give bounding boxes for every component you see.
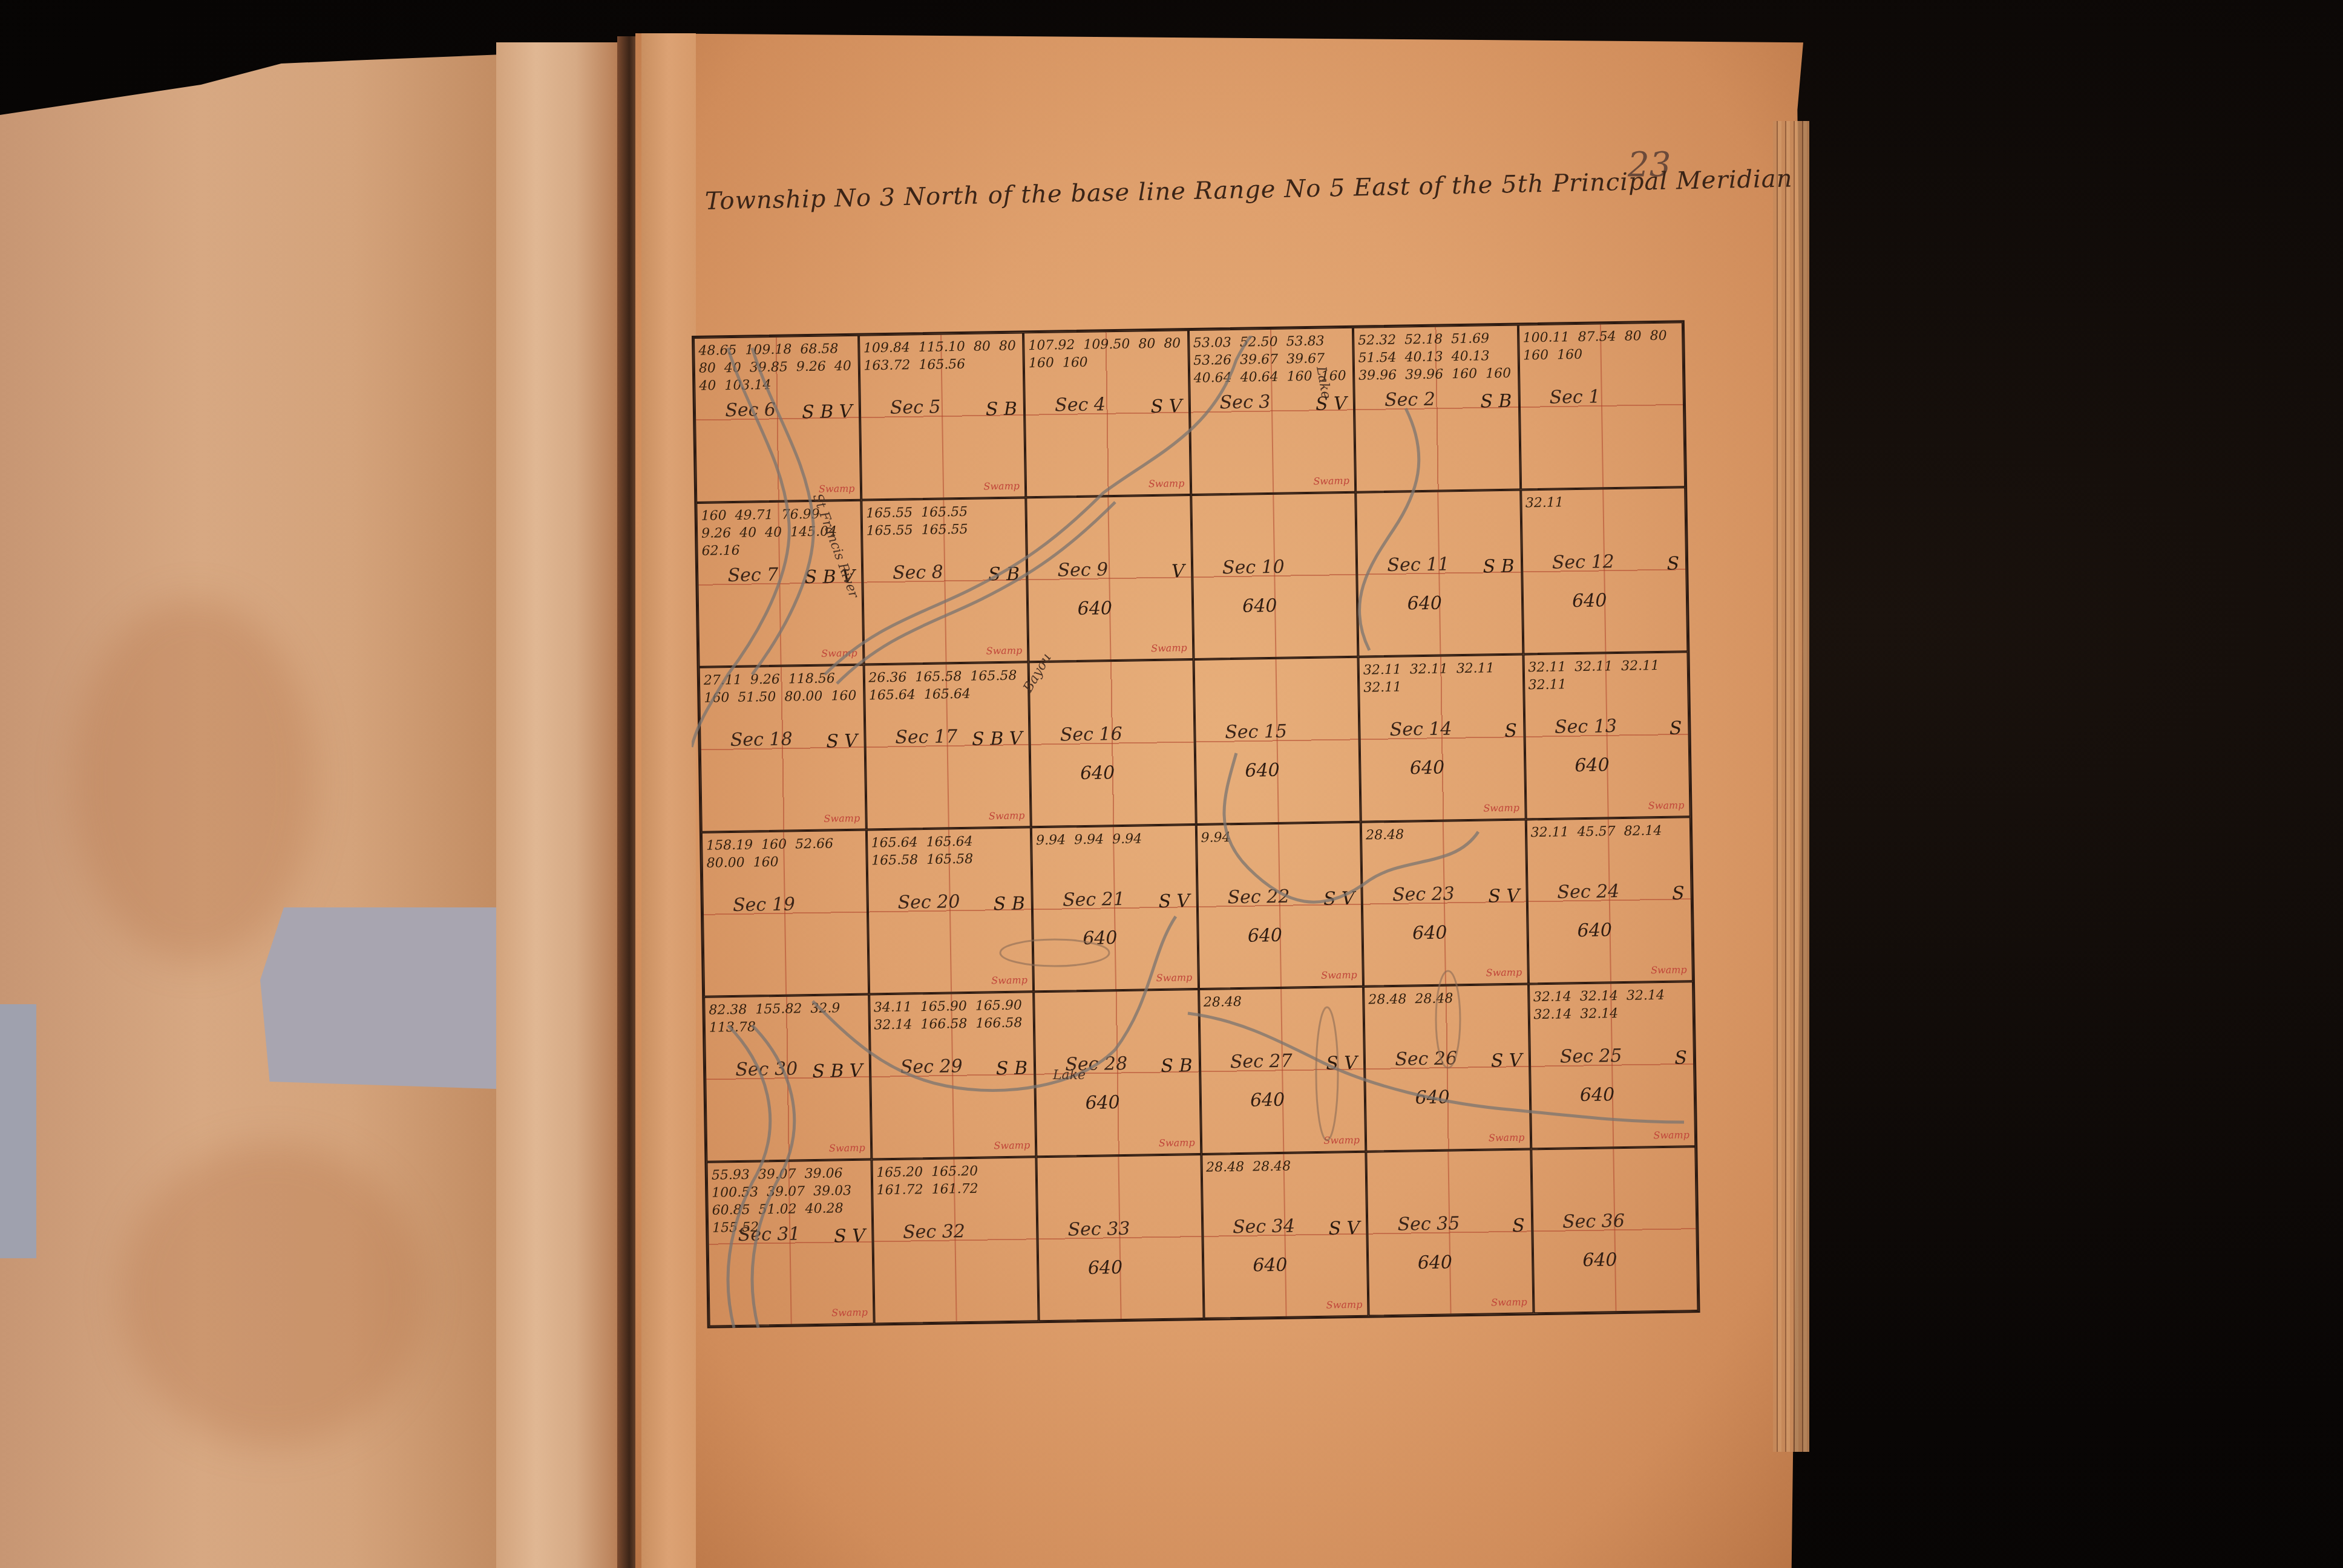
- lot-acreage: 28.48: [1368, 992, 1406, 1008]
- lot-acreage: 103.14: [724, 377, 771, 393]
- swamp-label: Swamp: [1651, 964, 1687, 976]
- section-label: Sec 6: [725, 399, 776, 421]
- lot-acreage: 160: [701, 508, 726, 524]
- lot-acreage: 53.03: [1193, 335, 1231, 351]
- lot-acreage: 165.20: [876, 1165, 923, 1180]
- lot-acreage: 80: [1650, 328, 1666, 344]
- section-label: Sec 5: [890, 397, 940, 419]
- lake-label: Lake: [1053, 1068, 1086, 1083]
- lot-acreages: 165.20165.20161.72161.72: [876, 1163, 1032, 1198]
- lot-acreages: 100.1187.548080160160: [1523, 328, 1679, 363]
- swamp-label: Swamp: [1156, 972, 1193, 984]
- section-31: 55.9339.0739.06100.5339.0739.0360.8551.0…: [706, 1159, 874, 1327]
- section-30: 82.38155.8232.9113.78Sec 30S B VSwamp: [704, 995, 871, 1162]
- lot-acreage: 9.94: [1036, 832, 1066, 848]
- section-label: Sec 23: [1392, 883, 1455, 906]
- swamp-label: Swamp: [824, 812, 860, 824]
- lot-acreages: 48.65109.1868.58804039.859.264040103.14: [698, 341, 854, 394]
- lot-acreage: 80: [974, 339, 991, 354]
- section-label: Sec 22: [1227, 886, 1289, 908]
- lot-acreages: [1034, 665, 1188, 668]
- section-label: Sec 26: [1395, 1048, 1457, 1070]
- section-label: Sec 2: [1384, 389, 1435, 411]
- lot-acreage: 109.18: [745, 342, 791, 358]
- section-area: 640: [1085, 1093, 1120, 1114]
- section-area: 640: [1410, 757, 1445, 779]
- lot-acreages: 165.64165.64165.58165.58: [871, 833, 1027, 868]
- lot-acreage: 163.72: [863, 358, 910, 373]
- lot-acreage: 62.16: [701, 543, 739, 558]
- section-5: 109.84115.108080163.72165.56Sec 5S BSwam…: [859, 332, 1026, 500]
- swamp-label: Swamp: [986, 644, 1022, 656]
- section-area: 640: [1083, 927, 1118, 949]
- lot-acreage: 32.14: [1533, 989, 1571, 1005]
- section-area: 640: [1575, 755, 1610, 777]
- lot-acreage: 165.20: [931, 1163, 978, 1179]
- section-label: Sec 21: [1063, 888, 1125, 910]
- survey-marks: S B: [988, 563, 1020, 585]
- section-14: 32.1132.1132.1132.11Sec 14640SSwamp: [1358, 654, 1525, 822]
- swamp-label: Swamp: [994, 1139, 1030, 1151]
- section-label: Sec 1: [1549, 386, 1600, 408]
- lot-acreage: 39.07: [758, 1166, 796, 1182]
- lot-acreage: 165.90: [975, 998, 1022, 1014]
- lot-acreage: 87.54: [1578, 329, 1616, 345]
- lot-acreage: 34.11: [874, 999, 912, 1015]
- lot-acreages: 32.1132.1132.1132.11: [1528, 658, 1683, 693]
- section-area: 640: [1242, 595, 1277, 617]
- lot-acreage: 52.32: [1358, 333, 1396, 348]
- lot-acreage: 9.26: [750, 672, 780, 688]
- binding-strip: [641, 33, 696, 1568]
- lot-acreage: 161.72: [877, 1182, 923, 1198]
- section-label: Sec 12: [1552, 551, 1614, 573]
- section-4: 107.92109.508080160160Sec 4S VSwamp: [1023, 330, 1191, 497]
- section-11: Sec 11640S B: [1355, 489, 1523, 657]
- lot-acreage: 160: [831, 688, 856, 704]
- section-24: 32.1145.5782.14Sec 24640SSwamp: [1525, 817, 1693, 984]
- lot-acreage: 118.56: [788, 671, 835, 687]
- lot-acreage: 39.96: [1405, 367, 1443, 382]
- swamp-label: Swamp: [821, 647, 857, 659]
- lot-acreage: 160: [753, 854, 778, 870]
- section-21: 9.949.949.94Sec 21640S VSwamp: [1031, 825, 1199, 992]
- lot-acreage: 100.11: [1523, 330, 1570, 345]
- lot-acreage: 160: [1286, 369, 1312, 385]
- swamp-label: Swamp: [989, 809, 1025, 822]
- lot-acreage: 160: [1523, 348, 1548, 364]
- lot-acreage: 165.58: [915, 669, 962, 685]
- lot-acreage: 82.38: [709, 1002, 747, 1018]
- survey-marks: S B V: [972, 728, 1023, 750]
- township-grid: 48.65109.1868.58804039.859.264040103.14S…: [692, 320, 1700, 1328]
- section-label: Sec 9: [1057, 559, 1108, 581]
- lot-acreage: 45.57: [1577, 824, 1615, 840]
- lot-acreage: 9.94: [1112, 831, 1142, 847]
- swamp-label: Swamp: [1149, 477, 1185, 489]
- lot-acreage: 40: [699, 378, 716, 393]
- section-area: 640: [1250, 1089, 1285, 1111]
- section-36: Sec 36640: [1531, 1146, 1699, 1314]
- lot-acreages: [1371, 1155, 1525, 1157]
- section-area: 640: [1577, 920, 1612, 941]
- lot-acreage: 32.14: [1533, 1007, 1571, 1022]
- section-19: 158.1916052.6680.00160Sec 19: [701, 829, 869, 997]
- survey-marks: S V: [1326, 1053, 1357, 1074]
- section-area: 640: [1580, 1085, 1615, 1106]
- lot-acreage: 51.50: [738, 690, 776, 705]
- section-label: Sec 7: [727, 564, 778, 586]
- lot-acreage: 28.48: [1206, 1159, 1244, 1175]
- section-label: Sec 18: [730, 728, 793, 751]
- lot-acreage: 28.48: [1366, 827, 1404, 843]
- lot-acreage: 80: [999, 339, 1016, 354]
- swamp-label: Swamp: [831, 1307, 868, 1319]
- section-area: 640: [1077, 598, 1112, 619]
- lot-acreage: 32.11: [1530, 825, 1568, 840]
- lot-acreage: 52.66: [795, 836, 833, 852]
- lot-acreage: 165.55: [866, 505, 913, 521]
- lot-acreage: 40: [765, 524, 782, 540]
- swamp-label: Swamp: [1159, 1137, 1195, 1149]
- lot-acreage: 160: [1452, 367, 1477, 382]
- section-32: 165.20165.20161.72161.72Sec 32: [871, 1157, 1039, 1324]
- section-label: Sec 20: [897, 891, 960, 913]
- paper-stain: [121, 1143, 424, 1446]
- section-34: 28.4828.48Sec 34640S VSwamp: [1201, 1151, 1369, 1319]
- section-label: Sec 30: [735, 1058, 798, 1080]
- lot-acreage: 52.50: [1240, 335, 1278, 350]
- section-area: 640: [1412, 922, 1447, 944]
- lot-acreages: 34.11165.90165.9032.14166.58166.58: [874, 998, 1029, 1033]
- lot-acreages: 28.4828.48: [1368, 990, 1524, 1008]
- section-area: 640: [1407, 593, 1442, 615]
- survey-marks: S V: [1158, 890, 1190, 912]
- section-17: 26.36165.58165.58165.64165.64Sec 17S B V…: [863, 662, 1031, 829]
- lot-acreage: 48.65: [698, 343, 736, 359]
- lot-acreage: 40: [834, 359, 851, 374]
- lot-acreage: 165.55: [921, 521, 968, 537]
- swamp-label: Swamp: [1483, 802, 1519, 814]
- section-label: Sec 8: [893, 561, 943, 583]
- lot-acreages: [1196, 498, 1351, 500]
- lot-acreage: 53.83: [1286, 334, 1325, 350]
- lot-acreages: [1031, 501, 1185, 503]
- survey-marks: S B: [1480, 391, 1512, 413]
- section-area: 640: [1245, 760, 1280, 782]
- lot-acreage: 160: [761, 837, 787, 852]
- lot-acreages: 28.48: [1204, 993, 1359, 1010]
- lot-acreage: 165.55: [921, 504, 968, 520]
- lot-acreage: 165.56: [919, 357, 965, 373]
- lot-acreage: 49.71: [735, 507, 773, 523]
- section-label: Sec 29: [900, 1056, 963, 1078]
- lot-acreage: 109.84: [863, 340, 910, 356]
- lot-acreage: 166.58: [975, 1016, 1022, 1031]
- survey-marks: S B V: [802, 401, 853, 423]
- lot-acreage: 155.82: [755, 1001, 802, 1017]
- lot-acreage: 166.58: [920, 1016, 967, 1032]
- lot-acreage: 113.78: [709, 1019, 756, 1035]
- lot-acreage: 39.85: [750, 360, 788, 376]
- swamp-label: Swamp: [1491, 1296, 1527, 1308]
- lot-acreages: 165.55165.55165.55165.55: [866, 503, 1021, 538]
- lot-acreage: 165.58: [926, 851, 973, 867]
- lot-acreage: 165.64: [871, 835, 918, 851]
- section-label: Sec 32: [903, 1221, 965, 1243]
- section-35: Sec 35640SSwamp: [1366, 1149, 1533, 1316]
- section-label: Sec 14: [1389, 718, 1452, 740]
- lot-acreage: 28.48: [1253, 1158, 1291, 1174]
- section-9: Sec 9640VSwamp: [1026, 495, 1193, 662]
- section-label: Sec 35: [1397, 1213, 1460, 1235]
- lot-acreage: 9.26: [796, 359, 826, 375]
- lot-acreage: 40.64: [1240, 370, 1278, 385]
- lot-acreage: 40.13: [1451, 348, 1489, 364]
- swamp-label: Swamp: [829, 1142, 865, 1154]
- lot-acreage: 55.93: [712, 1167, 750, 1183]
- lot-acreage: 39.67: [1240, 352, 1278, 368]
- section-label: Sec 36: [1562, 1210, 1625, 1232]
- lot-acreage: 32.14: [1580, 988, 1618, 1004]
- lot-acreage: 51.02: [758, 1201, 796, 1217]
- section-27: 28.48Sec 27640S VSwamp: [1199, 987, 1366, 1154]
- lot-acreage: 9.26: [701, 526, 731, 541]
- survey-marks: S: [1670, 718, 1682, 739]
- section-area: 640: [1572, 590, 1607, 612]
- lot-acreage: 82.14: [1624, 823, 1662, 838]
- lot-acreages: 158.1916052.6680.00160: [706, 835, 862, 871]
- survey-marks: S: [1672, 883, 1685, 904]
- blue-paper-patch: [0, 1004, 36, 1258]
- survey-marks: S: [1512, 1215, 1525, 1236]
- section-10: Sec 10640: [1191, 492, 1358, 659]
- lot-acreage: 26.36: [868, 670, 906, 685]
- section-label: Sec 3: [1219, 391, 1270, 413]
- section-label: Sec 33: [1067, 1218, 1130, 1240]
- swamp-label: Swamp: [983, 480, 1020, 492]
- survey-marks: S V: [1323, 888, 1355, 910]
- swamp-label: Swamp: [1326, 1299, 1363, 1311]
- section-label: Sec 31: [738, 1223, 800, 1246]
- lot-acreage: 32.11: [1575, 659, 1613, 675]
- section-label: Sec 27: [1230, 1051, 1293, 1073]
- lot-acreage: 28.48: [1415, 991, 1453, 1007]
- section-area: 640: [1253, 1255, 1288, 1276]
- lot-acreage: 28.48: [1204, 995, 1242, 1010]
- lot-acreage: 39.67: [1286, 351, 1325, 367]
- section-label: Sec 34: [1233, 1215, 1295, 1238]
- lot-acreages: 32.11: [1525, 493, 1681, 511]
- lot-acreage: 32.9: [810, 1001, 840, 1016]
- survey-marks: S V: [1328, 1218, 1360, 1240]
- lot-acreage: 32.14: [1627, 988, 1665, 1004]
- lot-acreage: 9.94: [1074, 832, 1104, 848]
- section-area: 640: [1247, 925, 1282, 947]
- section-13: 32.1132.1132.1132.11Sec 13640SSwamp: [1523, 652, 1691, 819]
- swamp-label: Swamp: [1648, 799, 1685, 811]
- section-18: 27.119.26118.5616051.5080.00160Sec 18S V…: [699, 665, 867, 832]
- lot-acreages: [1038, 995, 1193, 998]
- section-6: 48.65109.1868.58804039.859.264040103.14S…: [693, 335, 861, 503]
- lot-acreage: 32.11: [1363, 680, 1401, 696]
- left-page: [0, 54, 502, 1568]
- swamp-label: Swamp: [1151, 642, 1187, 654]
- lot-acreage: 32.14: [1580, 1006, 1618, 1022]
- lot-acreage: 100.53: [712, 1184, 758, 1200]
- lot-acreage: 39.06: [805, 1166, 843, 1181]
- lot-acreage: 165.58: [970, 668, 1017, 684]
- lot-acreage: 68.58: [800, 341, 838, 357]
- lot-acreage: 40.28: [805, 1201, 843, 1217]
- swamp-label: Swamp: [1486, 967, 1522, 979]
- section-label: Sec 16: [1060, 724, 1122, 746]
- lot-acreages: 107.92109.508080160160: [1028, 336, 1184, 371]
- lot-acreage: 39.07: [767, 1184, 805, 1200]
- swamp-label: Swamp: [1653, 1129, 1689, 1141]
- lot-acreage: 165.64: [926, 834, 972, 849]
- lot-acreages: [1198, 663, 1353, 665]
- section-area: 640: [1415, 1087, 1450, 1109]
- section-33: Sec 33640: [1036, 1154, 1204, 1321]
- lot-acreage: 32.11: [1410, 661, 1448, 677]
- lot-acreage: 165.64: [924, 687, 971, 702]
- lot-acreage: 160: [1557, 347, 1582, 363]
- swamp-label: Swamp: [1489, 1131, 1525, 1143]
- survey-marks: S V: [1490, 1050, 1522, 1072]
- lot-acreage: 51.54: [1358, 350, 1397, 366]
- section-12: 32.11Sec 12640S: [1521, 487, 1688, 655]
- lot-acreage: 165.55: [866, 523, 913, 538]
- lot-acreage: 40.13: [1404, 350, 1443, 365]
- survey-marks: S B: [996, 1058, 1028, 1080]
- lot-acreage: 80.00: [706, 855, 744, 871]
- lot-acreage: 158.19: [706, 837, 753, 853]
- lot-acreage: 160: [1029, 356, 1054, 371]
- section-23: 28.48Sec 23640S VSwamp: [1361, 819, 1529, 987]
- section-8: 165.55165.55165.55165.55Sec 8S BSwamp: [861, 497, 1029, 665]
- section-20: 165.64165.64165.58165.58Sec 20S BSwamp: [866, 827, 1034, 995]
- survey-marks: S B V: [812, 1060, 863, 1082]
- lot-acreages: [1536, 1152, 1691, 1155]
- lot-acreages: 9.949.949.94: [1036, 831, 1191, 848]
- lot-acreages: 26.36165.58165.58165.64165.64: [868, 668, 1024, 703]
- section-16: Sec 16640: [1029, 659, 1196, 827]
- page-edges: [1773, 121, 1809, 1452]
- lot-acreage: 80: [1164, 336, 1181, 351]
- survey-marks: S B: [993, 893, 1025, 915]
- survey-marks: S: [1666, 553, 1679, 574]
- lot-acreage: 27.11: [704, 673, 742, 688]
- lot-acreage: 32.11: [1621, 658, 1659, 674]
- section-label: Sec 13: [1555, 716, 1617, 738]
- lot-acreage: 32.11: [1363, 662, 1401, 678]
- survey-marks: S V: [1150, 396, 1182, 418]
- section-15: Sec 15640: [1193, 657, 1361, 825]
- lot-acreages: 82.38155.8232.9113.78: [709, 1001, 864, 1036]
- survey-marks: S V: [1488, 886, 1519, 907]
- lot-acreage: 40: [724, 361, 741, 376]
- blue-paper-patch: [260, 907, 496, 1089]
- binding-fold: [496, 42, 629, 1568]
- section-label: Sec 15: [1225, 721, 1287, 743]
- lot-acreage: 160: [1486, 366, 1511, 382]
- lot-acreage: 80: [1138, 336, 1155, 351]
- lot-acreage: 160: [704, 690, 729, 706]
- section-label: Sec 10: [1222, 556, 1285, 578]
- survey-marks: S B: [1161, 1056, 1193, 1077]
- lot-acreages: [1041, 1160, 1196, 1163]
- section-area: 640: [1088, 1257, 1123, 1279]
- lot-acreage: 32.11: [1528, 659, 1566, 675]
- lot-acreage: 80: [699, 361, 716, 376]
- lot-acreage: 161.72: [931, 1181, 978, 1197]
- survey-marks: V: [1171, 561, 1185, 582]
- section-2: 52.3252.1851.6951.5440.1340.1339.9639.96…: [1353, 325, 1521, 492]
- lot-acreage: 160: [1063, 355, 1088, 371]
- lot-acreage: 40: [739, 525, 756, 540]
- survey-marks: S B: [1483, 556, 1515, 578]
- lot-acreages: 27.119.26118.5616051.5080.00160: [704, 671, 859, 706]
- lot-acreages: 9.94: [1201, 828, 1356, 845]
- lot-acreage: 60.85: [712, 1202, 750, 1218]
- lot-acreages: 109.84115.108080163.72165.56: [863, 339, 1019, 374]
- section-26: 28.4828.48Sec 26640S VSwamp: [1363, 984, 1531, 1151]
- section-label: Sec 24: [1557, 881, 1619, 903]
- paper-stain: [73, 599, 315, 962]
- section-area: 640: [1582, 1249, 1617, 1271]
- lot-acreages: 32.1132.1132.1132.11: [1363, 661, 1519, 696]
- lot-acreage: 32.11: [1525, 495, 1564, 511]
- lot-acreage: 53.26: [1193, 353, 1231, 368]
- swamp-label: Swamp: [1313, 474, 1349, 486]
- lot-acreage: 165.58: [871, 852, 918, 868]
- section-label: Sec 11: [1387, 554, 1449, 576]
- section-area: 640: [1417, 1252, 1452, 1273]
- section-7: 16049.7176.999.264040145.0462.16Sec 7S B…: [696, 500, 863, 667]
- lot-acreage: 109.50: [1083, 337, 1130, 353]
- lot-acreages: 28.4828.48: [1206, 1157, 1362, 1175]
- section-1: 100.1187.548080160160Sec 1: [1518, 322, 1685, 489]
- section-25: 32.1432.1432.1432.1432.14Sec 25640SSwamp: [1528, 981, 1696, 1149]
- lot-acreage: 32.11: [1457, 661, 1495, 676]
- lot-acreage: 165.90: [920, 999, 967, 1014]
- lot-acreage: 80.00: [784, 689, 822, 705]
- lot-acreages: 32.1432.1432.1432.1432.14: [1533, 987, 1689, 1022]
- lot-acreage: 40.64: [1194, 370, 1232, 386]
- lot-acreage: 39.96: [1358, 368, 1397, 384]
- section-label: Sec 25: [1559, 1045, 1622, 1068]
- survey-marks: S V: [834, 1226, 865, 1247]
- swamp-label: Swamp: [991, 974, 1027, 986]
- section-3: 53.0352.5053.8353.2639.6739.6740.6440.64…: [1188, 327, 1355, 495]
- lot-acreage: 32.11: [1529, 677, 1567, 693]
- lot-acreage: 9.94: [1201, 830, 1230, 846]
- lot-acreage: 107.92: [1028, 338, 1075, 353]
- swamp-label: Swamp: [1323, 1134, 1360, 1146]
- survey-marks: S V: [826, 731, 857, 753]
- survey-marks: S B: [986, 399, 1018, 420]
- lot-acreages: 52.3252.1851.6951.5440.1340.1339.9639.96…: [1358, 331, 1514, 384]
- section-label: Sec 17: [895, 726, 957, 748]
- section-label: Sec 19: [733, 893, 795, 916]
- lot-acreage: 51.69: [1451, 331, 1489, 347]
- lot-acreage: 32.14: [874, 1017, 912, 1033]
- lot-acreages: 28.48: [1366, 825, 1521, 843]
- lot-acreage: 52.18: [1404, 332, 1443, 348]
- section-label: Sec 4: [1055, 394, 1106, 416]
- survey-marks: S: [1504, 720, 1517, 742]
